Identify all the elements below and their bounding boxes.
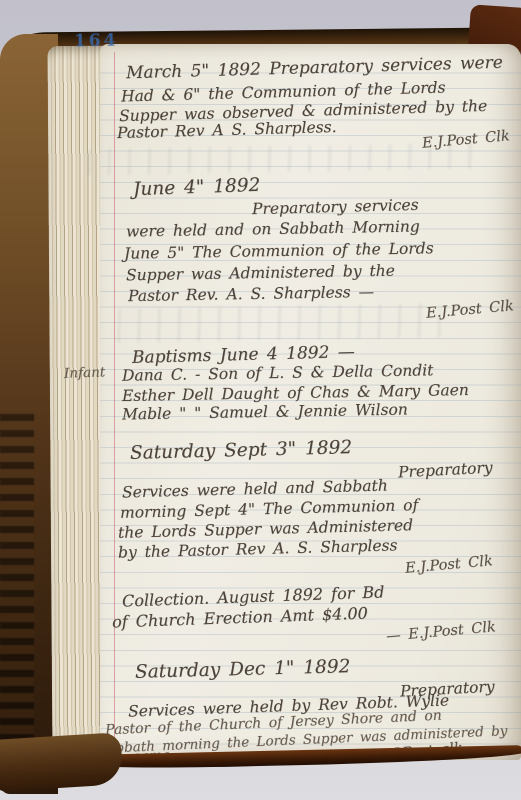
ink-bleed-through — [110, 303, 441, 343]
margin-note-infant: Infant — [64, 364, 106, 381]
page-number-stamp: 164 — [74, 31, 119, 52]
june-heading: June 4" 1892 — [133, 175, 261, 200]
spine-binding-bands — [0, 414, 34, 744]
ledger-page: 164 March 5" 1892 Preparatory services w… — [100, 44, 521, 760]
book-corner-bottom-left — [0, 732, 123, 792]
photo-background: 164 March 5" 1892 Preparatory services w… — [0, 0, 521, 800]
